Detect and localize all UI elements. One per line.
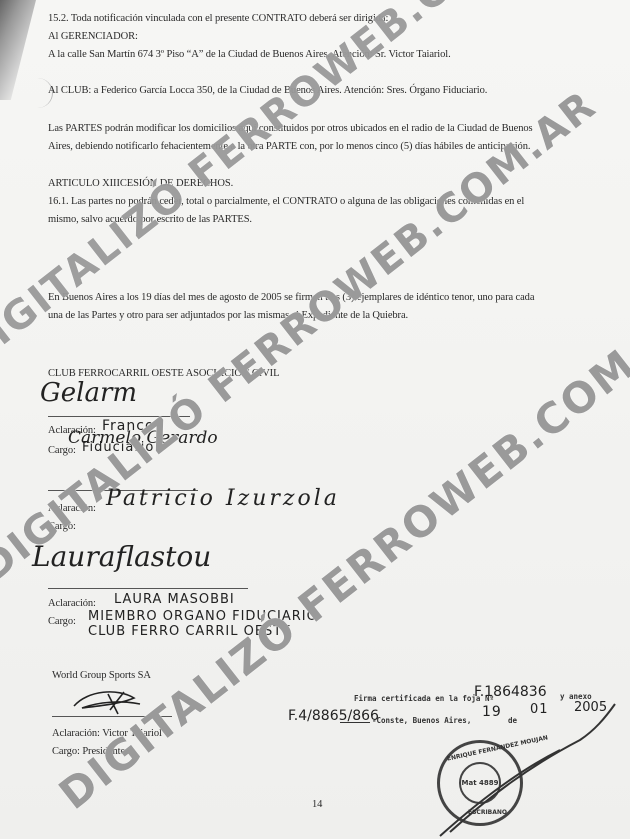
watermark-middle: DIGITALIZÓ FERROWEB.COM.AR bbox=[0, 82, 605, 591]
folio-underline bbox=[340, 722, 370, 723]
clause-15-2-heading: 15.2. Toda notificación vinculada con el… bbox=[48, 12, 388, 25]
signature-line-3 bbox=[48, 588, 248, 589]
document-page: 15.2. Toda notificación vinculada con el… bbox=[0, 0, 630, 839]
sig3-aclaracion-handwritten: LAURA MASOBBI bbox=[114, 592, 235, 607]
company-name: World Group Sports SA bbox=[52, 669, 151, 682]
notary-signature-stroke bbox=[430, 700, 620, 839]
sig1-cargo-label: Cargo: bbox=[48, 444, 76, 457]
domicile-change-line-2: Aires, debiendo notificarlo fehacienteme… bbox=[48, 140, 530, 153]
sig3-cargo-label: Cargo: bbox=[48, 615, 76, 628]
closing-line-1: En Buenos Aires a los 19 días del mes de… bbox=[48, 291, 534, 304]
gerenciador-label: Al GERENCIADOR: bbox=[48, 30, 138, 43]
certification-foja-number: F.1864836 bbox=[474, 684, 547, 700]
sig2-aclaracion-handwritten: Patricio Izurzola bbox=[106, 486, 340, 511]
page-number: 14 bbox=[312, 798, 322, 811]
signature-1: Gelarm bbox=[40, 378, 137, 408]
